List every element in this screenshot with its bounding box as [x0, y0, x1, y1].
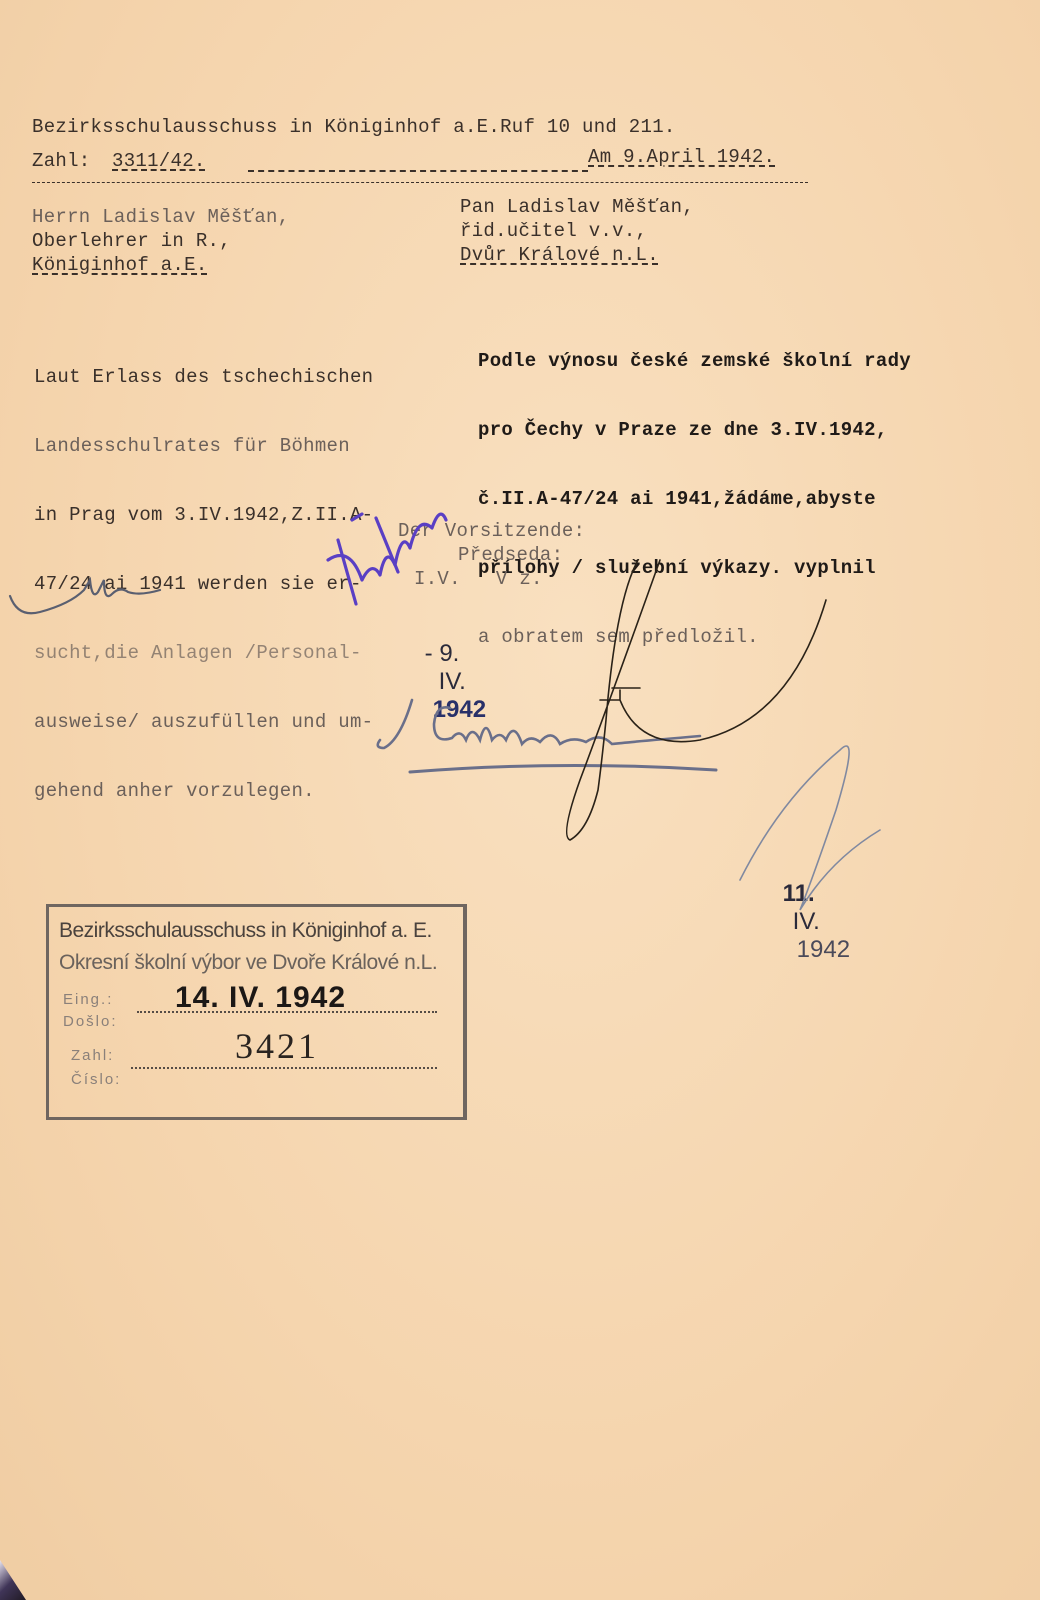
header-dash-rule	[248, 170, 588, 172]
receipt-number: 3421	[235, 1025, 319, 1067]
addressee-de-line2: Oberlehrer in R.,	[32, 230, 231, 252]
body-cz-line: a obratem sem předložil.	[478, 626, 911, 649]
body-cz-line: č.II.A-47/24 ai 1941,žádáme,abyste	[478, 488, 911, 511]
body-de-line: ausweise/ auszufüllen und um-	[34, 711, 373, 734]
receipt-stamp: Bezirksschulausschuss in Königinhof a. E…	[46, 904, 467, 1120]
body-czech: Podle výnosu české zemské školní rady pr…	[478, 304, 911, 695]
date-stamp-1: - 9. IV. 1942	[398, 612, 486, 752]
receipt-number-rule	[131, 1067, 437, 1069]
date-stamp-1-month: IV.	[439, 668, 466, 695]
body-de-line: gehend anher vorzulegen.	[34, 780, 373, 803]
body-german: Laut Erlass des tschechischen Landesschu…	[34, 320, 373, 849]
date-stamp-1-year: 1942	[433, 696, 486, 723]
file-number-label: Zahl:	[32, 150, 91, 172]
addressee-de-line3: Königinhof a.E.	[32, 254, 208, 276]
body-de-line: Landesschulrates für Böhmen	[34, 435, 373, 458]
document-page: Bezirksschulausschuss in Königinhof a.E.…	[0, 0, 1040, 1600]
receipt-number-label-cz: Číslo:	[71, 1071, 121, 1088]
addressee-cz-line3: Dvůr Králové n.L.	[460, 244, 659, 266]
signature-proxy: I.V. V z.	[414, 568, 543, 590]
receipt-number-label: Zahl:	[71, 1047, 114, 1064]
date-stamp-2-month: IV.	[793, 908, 820, 935]
date-stamp-2-day: 11.	[783, 880, 815, 907]
binder-clip-icon	[0, 1560, 26, 1600]
authority-line: Bezirksschulausschuss in Königinhof a.E.…	[32, 116, 676, 138]
date-stamp-1-day: - 9.	[425, 640, 460, 667]
date-stamp-2: 11. IV. 1942	[756, 852, 850, 992]
body-de-line: in Prag vom 3.IV.1942,Z.II.A-	[34, 504, 373, 527]
date-stamp-2-year: 1942	[797, 936, 850, 963]
header-underline	[32, 182, 808, 183]
file-number: 3311/42.	[112, 150, 206, 172]
letter-date: Am 9.April 1942.	[588, 146, 775, 168]
body-de-line: Laut Erlass des tschechischen	[34, 366, 373, 389]
body-cz-line: Podle výnosu české zemské školní rady	[478, 350, 911, 373]
receipt-received-label-cz: Došlo:	[63, 1013, 118, 1030]
receipt-stamp-line1: Bezirksschulausschuss in Königinhof a. E…	[59, 919, 432, 943]
addressee-cz-line1: Pan Ladislav Měšťan,	[460, 196, 694, 218]
addressee-de-line1: Herrn Ladislav Měšťan,	[32, 206, 289, 228]
body-cz-line: pro Čechy v Praze ze dne 3.IV.1942,	[478, 419, 911, 442]
receipt-date: 14. IV. 1942	[175, 981, 346, 1015]
signature-title-cz: Předseda:	[458, 544, 563, 566]
receipt-received-label: Eing.:	[63, 991, 113, 1008]
receipt-stamp-line2: Okresní školní výbor ve Dvoře Králové n.…	[59, 951, 437, 975]
addressee-cz-line2: řid.učitel v.v.,	[460, 220, 647, 242]
signature-title-de: Der Vorsitzende:	[398, 520, 585, 542]
body-de-line: 47/24 ai 1941 werden sie er-	[34, 573, 373, 596]
body-de-line: sucht,die Anlagen /Personal-	[34, 642, 373, 665]
